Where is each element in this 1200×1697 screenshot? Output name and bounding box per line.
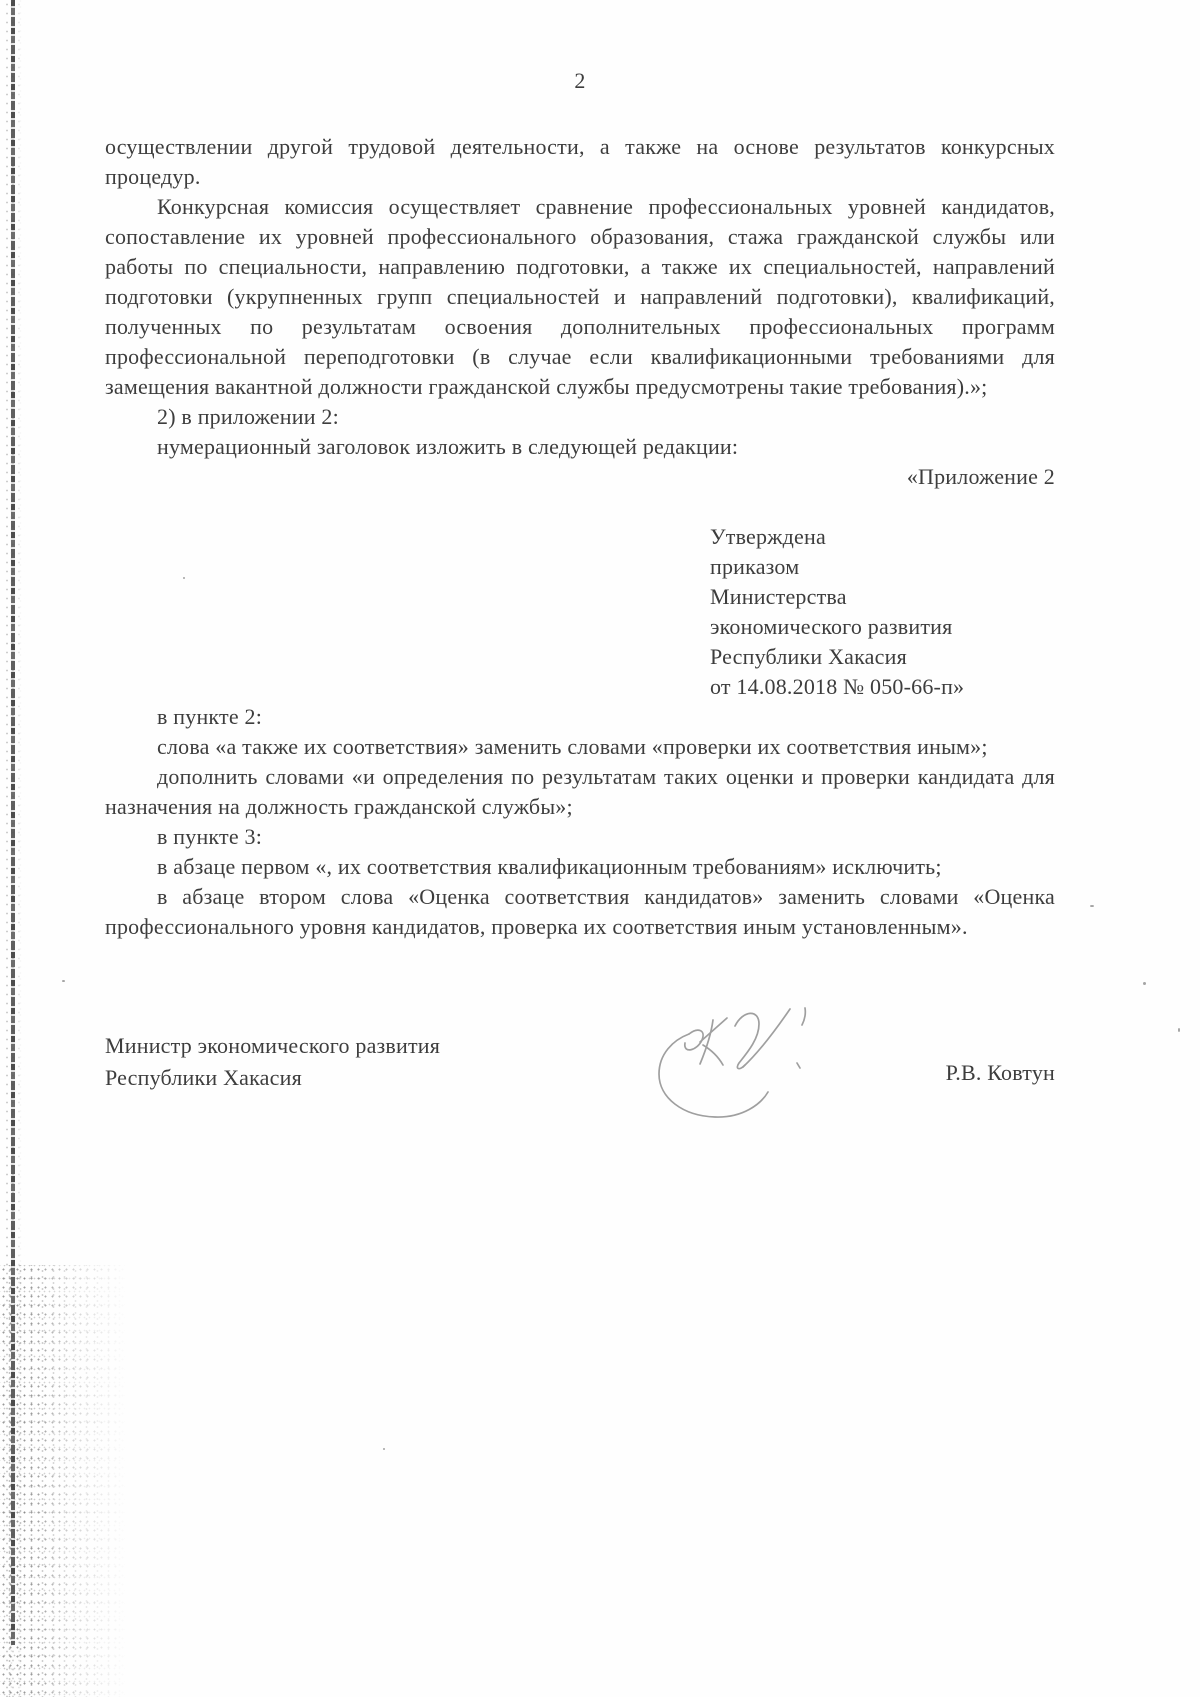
approval-line: приказом: [710, 552, 1055, 582]
signer-name: Р.В. Ковтун: [946, 1058, 1055, 1088]
paragraph-point-2: в пункте 2:: [105, 702, 1055, 732]
approval-line: Республики Хакасия: [710, 642, 1055, 672]
scanned-document-page: 2 осуществлении другой трудовой деятельн…: [0, 0, 1200, 1697]
approval-line: Министерства: [710, 582, 1055, 612]
paragraph-intro-continuation: осуществлении другой трудовой деятельнос…: [105, 132, 1055, 192]
scan-speck: [383, 1448, 385, 1450]
paragraph-point-2-add: дополнить словами «и определения по резу…: [105, 762, 1055, 822]
paragraph-point-3-second: в абзаце втором слова «Оценка соответств…: [105, 882, 1055, 942]
scan-speck: [62, 980, 65, 982]
paragraph-commission: Конкурсная комиссия осуществляет сравнен…: [105, 192, 1055, 402]
signer-position-line1: Министр экономического развития: [105, 1030, 440, 1062]
annex-label: «Приложение 2: [105, 462, 1055, 492]
approval-line: Утверждена: [710, 522, 1055, 552]
paragraph-heading-instruction: нумерационный заголовок изложить в следу…: [105, 432, 1055, 462]
paragraph-point-3: в пункте 3:: [105, 822, 1055, 852]
scan-speck: [1090, 905, 1094, 907]
approval-line: от 14.08.2018 № 050-66-п»: [710, 672, 1055, 702]
paragraph-point-3-first: в абзаце первом «, их соответствия квали…: [105, 852, 1055, 882]
signer-position-line2: Республики Хакасия: [105, 1062, 440, 1094]
document-body: 2 осуществлении другой трудовой деятельн…: [105, 66, 1055, 1156]
handwritten-signature-image: [645, 1000, 855, 1135]
scan-speck: [1143, 982, 1146, 985]
approval-block: Утверждена приказом Министерства экономи…: [710, 522, 1055, 702]
paragraph-item-2: 2) в приложении 2:: [105, 402, 1055, 432]
approval-line: экономического развития: [710, 612, 1055, 642]
signature-row: Министр экономического развития Республи…: [105, 1006, 1055, 1156]
page-number: 2: [105, 66, 1055, 96]
scan-corner-noise: [0, 1265, 160, 1697]
signer-position: Министр экономического развития Республи…: [105, 1030, 440, 1094]
paragraph-point-2-replace: слова «а также их соответствия» заменить…: [105, 732, 1055, 762]
scan-speck: [1178, 1028, 1180, 1032]
